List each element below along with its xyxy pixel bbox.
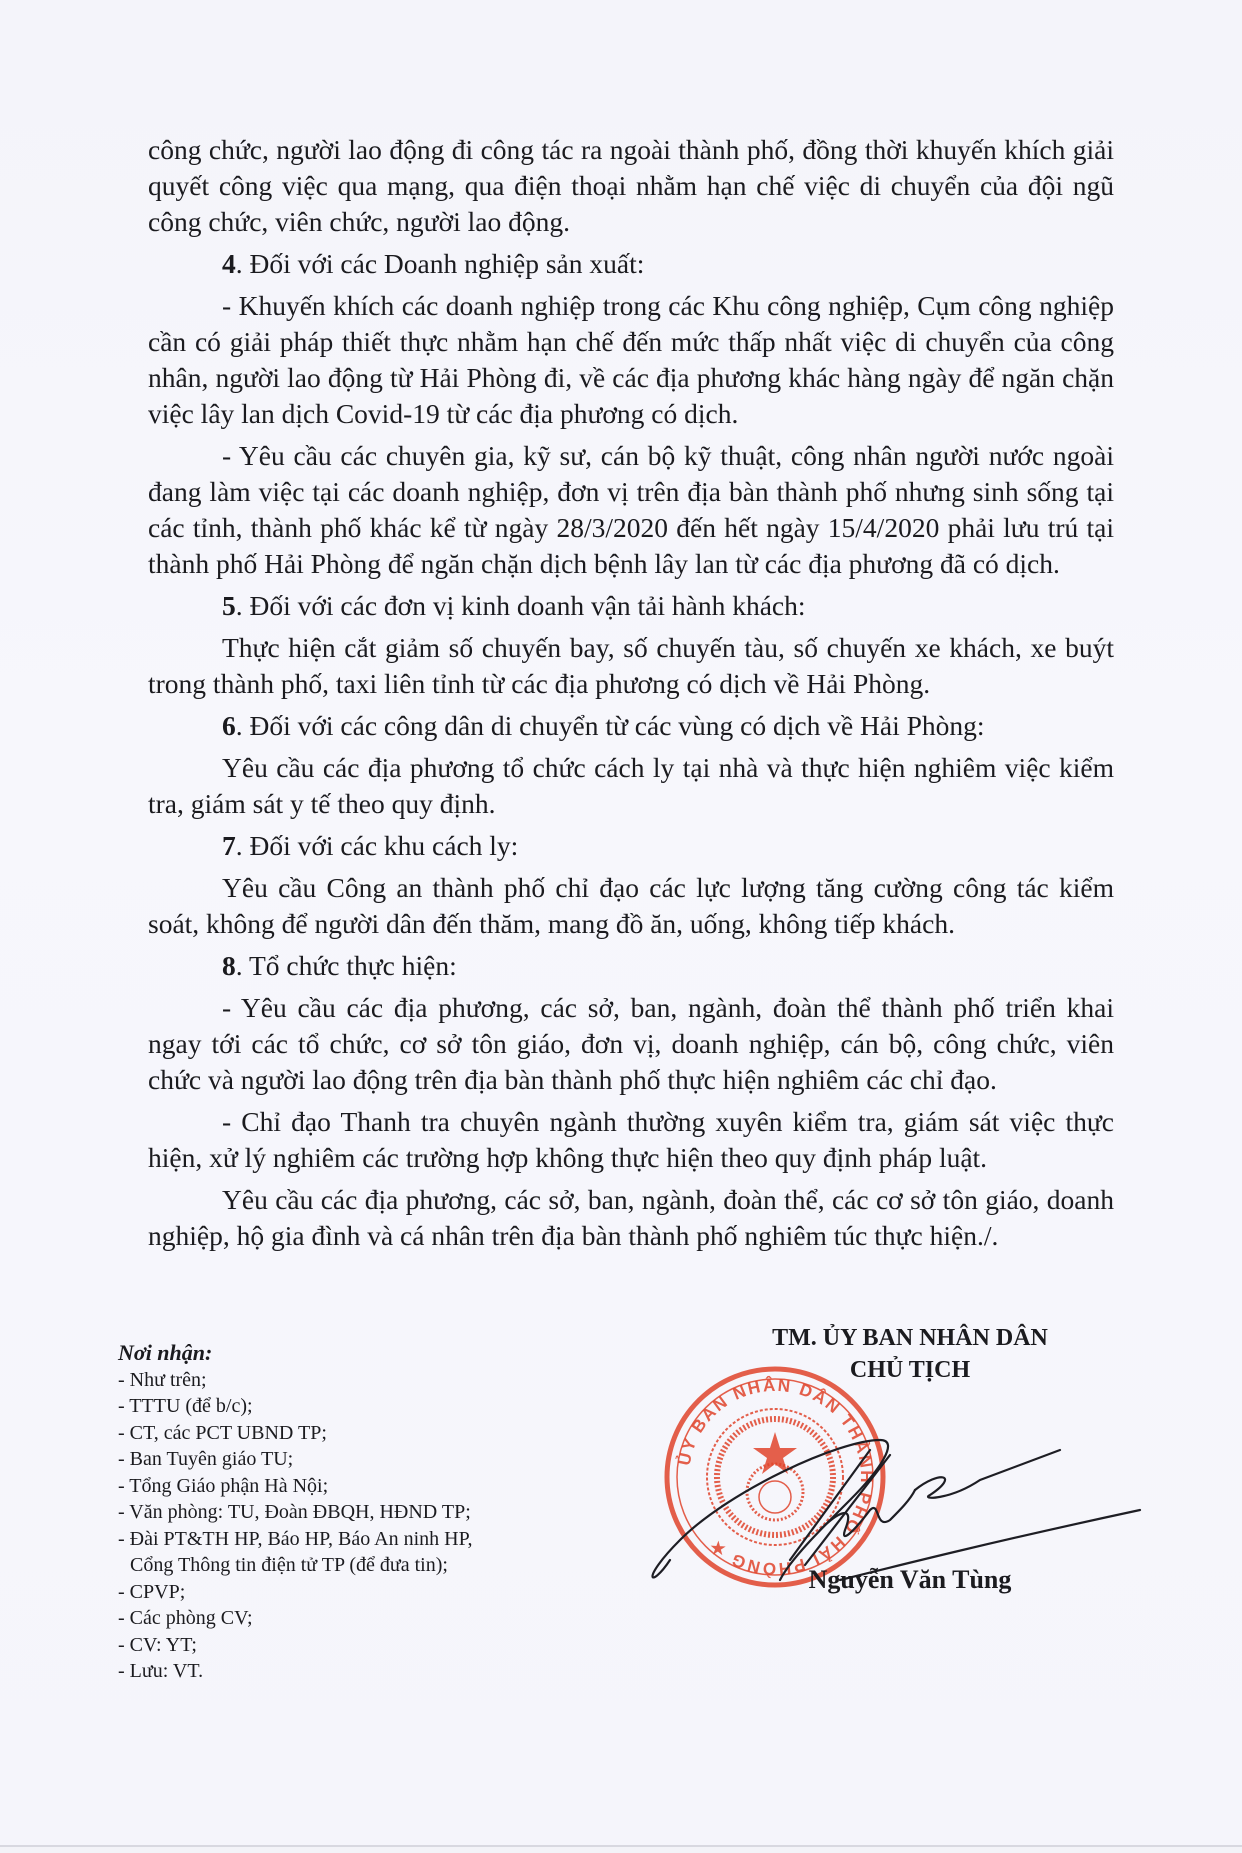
section-number: 5 [222, 590, 236, 621]
section-number: 7 [222, 830, 236, 861]
paragraph: Yêu cầu Công an thành phố chỉ đạo các lự… [148, 870, 1114, 942]
section-heading: 8. Tổ chức thực hiện: [148, 948, 1114, 984]
section-heading: 5. Đối với các đơn vị kinh doanh vận tải… [148, 588, 1114, 624]
signer-title: CHỦ TỊCH [730, 1354, 1090, 1386]
recipient-item: - Các phòng CV; [118, 1605, 658, 1632]
section-title: . Đối với các công dân di chuyển từ các … [236, 710, 985, 741]
paragraph: công chức, người lao động đi công tác ra… [148, 132, 1114, 240]
recipients-title: Nơi nhận: [118, 1340, 658, 1367]
recipient-item: - CT, các PCT UBND TP; [118, 1420, 658, 1447]
section-title: . Đối với các Doanh nghiệp sản xuất: [236, 248, 645, 279]
paragraph: - Chỉ đạo Thanh tra chuyên ngành thường … [148, 1104, 1114, 1176]
paragraph: Yêu cầu các địa phương, các sở, ban, ngà… [148, 1182, 1114, 1254]
section-number: 6 [222, 710, 236, 741]
recipient-item: - Đài PT&TH HP, Báo HP, Báo An ninh HP, [118, 1526, 658, 1553]
recipient-item: - CV: YT; [118, 1632, 658, 1659]
document-body: công chức, người lao động đi công tác ra… [148, 132, 1114, 1260]
recipient-item: - Lưu: VT. [118, 1658, 658, 1685]
recipient-item: - Ban Tuyên giáo TU; [118, 1446, 658, 1473]
paragraph: Thực hiện cắt giảm số chuyến bay, số chu… [148, 630, 1114, 702]
paragraph: - Yêu cầu các địa phương, các sở, ban, n… [148, 990, 1114, 1098]
section-heading: 7. Đối với các khu cách ly: [148, 828, 1114, 864]
paragraph: Yêu cầu các địa phương tổ chức cách ly t… [148, 750, 1114, 822]
paragraph: - Khuyến khích các doanh nghiệp trong cá… [148, 288, 1114, 432]
document-page: công chức, người lao động đi công tác ra… [0, 0, 1242, 1847]
section-heading: 4. Đối với các Doanh nghiệp sản xuất: [148, 246, 1114, 282]
section-title: . Đối với các đơn vị kinh doanh vận tải … [236, 590, 806, 621]
section-heading: 6. Đối với các công dân di chuyển từ các… [148, 708, 1114, 744]
section-title: . Tổ chức thực hiện: [236, 950, 457, 981]
recipient-item: - Văn phòng: TU, Đoàn ĐBQH, HĐND TP; [118, 1499, 658, 1526]
section-title: . Đối với các khu cách ly: [236, 830, 519, 861]
signer-organization: TM. ỦY BAN NHÂN DÂN [730, 1322, 1090, 1354]
recipient-item: - Tổng Giáo phận Hà Nội; [118, 1473, 658, 1500]
recipients-list: - Như trên;- TTTU (để b/c);- CT, các PCT… [118, 1367, 658, 1685]
recipient-item: - CPVP; [118, 1579, 658, 1606]
recipient-item: - TTTU (để b/c); [118, 1393, 658, 1420]
paragraph: - Yêu cầu các chuyên gia, kỹ sư, cán bộ … [148, 438, 1114, 582]
signature-block: TM. ỦY BAN NHÂN DÂN CHỦ TỊCH Nguyễn Văn … [700, 1322, 1140, 1622]
recipients-block: Nơi nhận: - Như trên;- TTTU (để b/c);- C… [118, 1340, 658, 1685]
section-number: 8 [222, 950, 236, 981]
section-number: 4 [222, 248, 236, 279]
signer-name: Nguyễn Văn Tùng [730, 1564, 1090, 1596]
recipient-item: Cổng Thông tin điện tử TP (để đưa tin); [118, 1552, 658, 1579]
recipient-item: - Như trên; [118, 1367, 658, 1394]
